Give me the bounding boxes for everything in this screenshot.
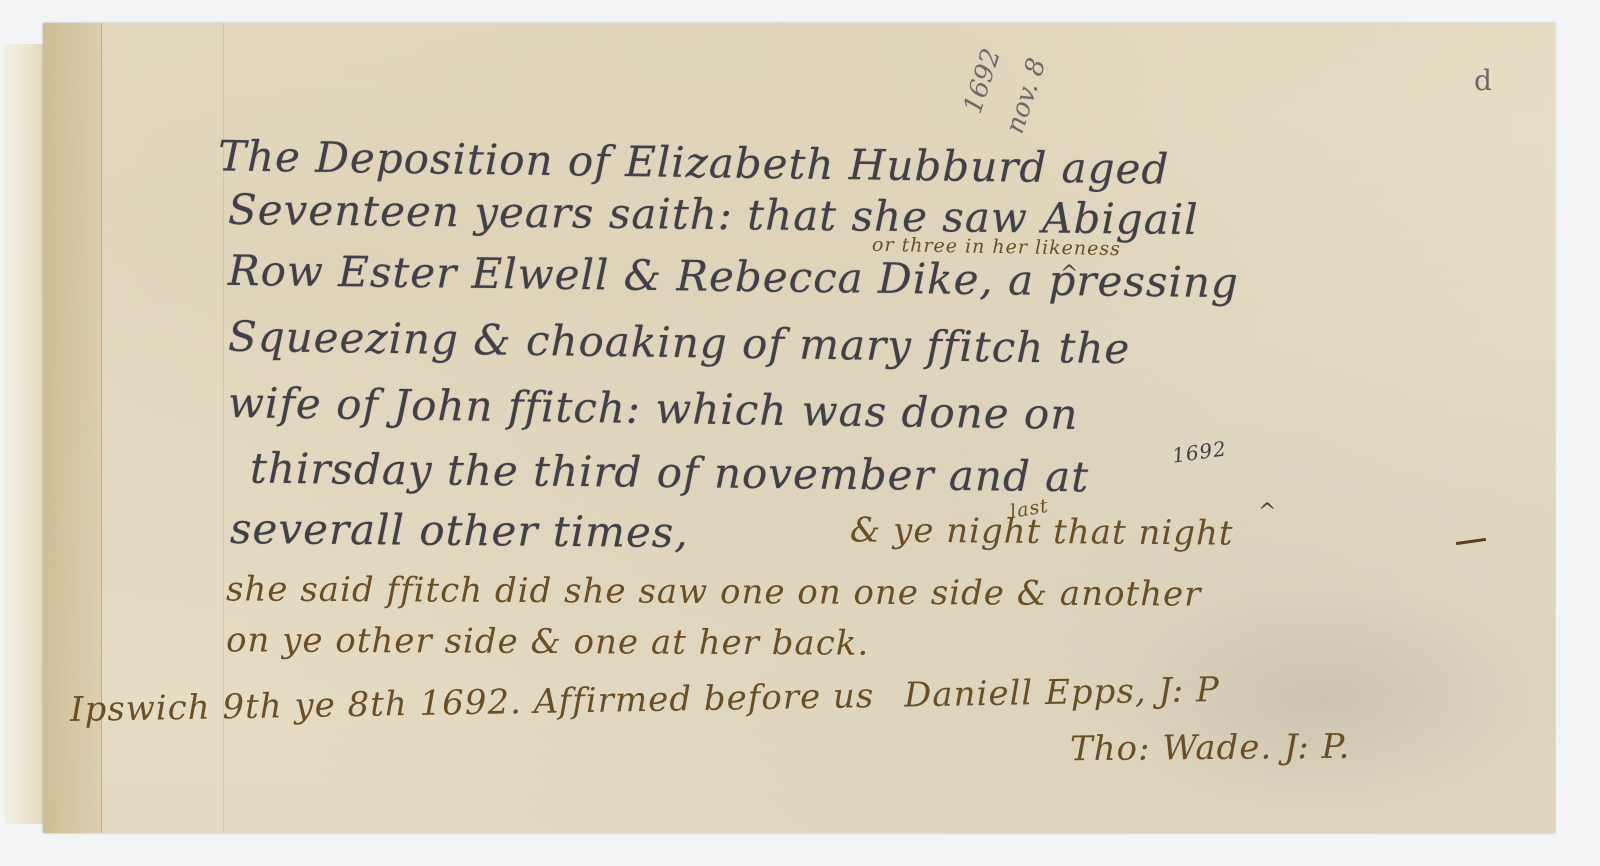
later-hand-line-2: she said ffitch did she saw one on one s… <box>226 569 1202 614</box>
deposition-line-6: thirsday the third of november and at <box>250 444 1090 502</box>
corner-mark: d <box>1474 64 1492 97</box>
deposition-line-2: Seventeen years saith: that she saw Abig… <box>228 185 1199 244</box>
insertion-caret-icon: ^ <box>1258 500 1276 525</box>
deposition-line-7: severall other times, <box>230 504 689 557</box>
later-hand-line-1: & ye night that night <box>850 510 1234 553</box>
signature-epps: Daniell Epps, J: P <box>904 670 1220 716</box>
torn-paper-strip <box>4 44 48 824</box>
signature-wade: Tho: Wade. J: P. <box>1070 727 1351 769</box>
manuscript-scan: 1692 nov. 8 d The Deposition of Elizabet… <box>0 0 1600 866</box>
later-hand-line-3: on ye other side & one at her back. <box>226 620 869 663</box>
